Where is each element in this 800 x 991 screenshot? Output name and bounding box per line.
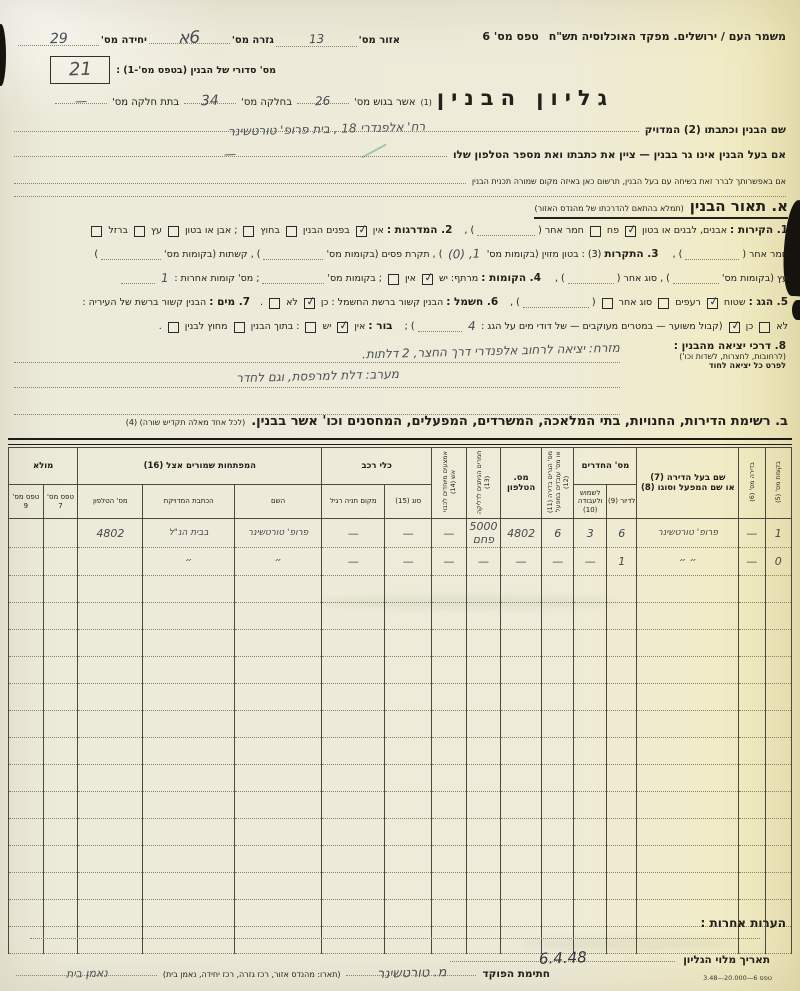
table-cell (43, 819, 78, 846)
table-cell (574, 819, 607, 846)
table-cell (574, 846, 607, 873)
table-cell (606, 738, 637, 765)
role-value: נאמן בית (65, 966, 107, 980)
table-cell (765, 765, 791, 792)
checkbox-empty (269, 298, 280, 309)
table-cell (234, 603, 321, 630)
checkbox-empty (168, 226, 179, 237)
table-cell (765, 603, 791, 630)
table-cell (606, 765, 637, 792)
table-cell (574, 711, 607, 738)
table-cell: — (385, 519, 432, 548)
table-cell (143, 900, 235, 927)
dotted-blank (523, 296, 589, 308)
table-cell (466, 684, 501, 711)
table-cell (637, 576, 739, 603)
table-cell (78, 548, 143, 576)
table-cell (466, 576, 501, 603)
table-cell (322, 657, 385, 684)
checkbox-empty (388, 274, 399, 285)
table-cell (541, 630, 574, 657)
table-cell (78, 873, 143, 900)
table-cell (739, 657, 765, 684)
unit-label: יחידה מס' (101, 35, 147, 46)
table-row: 0—״ ״1———————״״ (9, 548, 792, 576)
table-cell (637, 711, 739, 738)
exits-label: 8. דרכי יציאה מהבנין : (628, 340, 786, 352)
col-rooms-dwelling: לדיור (9) (606, 484, 637, 519)
table-cell (385, 873, 432, 900)
exits-line-1: מזרח: יציאה לרחוב אלפנדרי דרך החצר, 2 דל… (14, 340, 620, 363)
table-cell: ״ ״ (637, 548, 739, 576)
table-cell: — (432, 548, 467, 576)
table-cell (9, 548, 44, 576)
exits-line-3 (14, 388, 620, 415)
table-cell (78, 765, 143, 792)
table-cell (541, 873, 574, 900)
table-cell: 3 (574, 519, 607, 548)
section-a-subtitle: (תמלא בהתאם להדרכתו של מהנדס האזור) (534, 204, 683, 213)
handwritten-value: 4 (464, 320, 478, 332)
census-form-page: משמר העם / ירושלים. מפקד האוכלוסיה תש"ח … (0, 0, 800, 991)
table-cell (385, 630, 432, 657)
handwritten-value: 1, (0) (445, 247, 484, 260)
table-cell (234, 819, 321, 846)
table-cell (541, 792, 574, 819)
table-cell (385, 603, 432, 630)
block-value: 26 (312, 95, 334, 108)
table-cell (43, 900, 78, 927)
parcel-field: 34 (184, 90, 236, 104)
block-label: אשר בגוש מס' (354, 97, 416, 108)
table-cell (606, 792, 637, 819)
table-cell (432, 576, 467, 603)
signature-field: מ. טורטשינר (346, 962, 476, 976)
checkbox-empty (590, 226, 601, 237)
table-cell: ״ (143, 548, 235, 576)
table-cell (765, 873, 791, 900)
table-cell (43, 519, 78, 548)
table-cell (466, 900, 501, 927)
table-cell (606, 711, 637, 738)
table-cell: — (739, 548, 765, 576)
exits-note1: (לרחובות, לחצרות, לשדות וכו') (628, 352, 786, 361)
table-cell (9, 792, 44, 819)
table-cell (501, 630, 542, 657)
table-cell (322, 576, 385, 603)
table-cell (234, 576, 321, 603)
table-cell (466, 630, 501, 657)
table-cell (606, 657, 637, 684)
table-cell: — (432, 519, 467, 548)
table-cell (574, 684, 607, 711)
table-empty-row (9, 792, 792, 819)
table-cell (322, 738, 385, 765)
building-name-value: רח' אלפנדרי 18 , בית פרופ' טורטשינר (228, 119, 426, 138)
table-cell (385, 927, 432, 954)
checkbox-empty (286, 226, 297, 237)
table-cell (43, 630, 78, 657)
table-cell (143, 765, 235, 792)
table-cell: — (574, 548, 607, 576)
signature-value: מ. טורטשינר (377, 965, 447, 982)
table-cell (765, 657, 791, 684)
table-cell (637, 657, 739, 684)
building-name-field: רח' אלפנדרי 18 , בית פרופ' טורטשינר (14, 118, 639, 132)
unit-field: 29 (18, 32, 99, 46)
table-cell (43, 684, 78, 711)
table-cell (9, 657, 44, 684)
col-apartment: בדירה מס' (6) (739, 448, 765, 519)
table-cell (43, 711, 78, 738)
table-cell (78, 846, 143, 873)
table-cell (739, 576, 765, 603)
table-cell (432, 684, 467, 711)
serial-value: 21 (65, 61, 95, 80)
dotted-blank (477, 224, 535, 236)
table-cell (637, 846, 739, 873)
col-phone: מס. הטלפון (501, 448, 542, 519)
table-cell (234, 792, 321, 819)
parcel-value: 34 (198, 94, 222, 109)
section-a-title: א. תאור הבנין (690, 197, 788, 215)
col-rooms-work: לשמוש ולעבודה (10) (574, 484, 607, 519)
table-cell (501, 900, 542, 927)
role-field: נאמן בית (16, 962, 157, 976)
scan-damage-left (0, 24, 6, 86)
table-cell (385, 900, 432, 927)
dotted-blank (101, 248, 161, 260)
table-cell (78, 738, 143, 765)
table-cell (78, 657, 143, 684)
col-keys-name: השם (234, 484, 321, 519)
table-cell (143, 846, 235, 873)
col-keys-address: הכתבת המדויקת (143, 484, 235, 519)
owner-address-label: אם בעל הבנין אינו גר בבנין — ציין את כתב… (453, 149, 786, 161)
table-cell (501, 738, 542, 765)
table-cell: 1 (765, 519, 791, 548)
table-cell (574, 873, 607, 900)
table-cell (9, 819, 44, 846)
table-cell (541, 765, 574, 792)
table-cell (739, 819, 765, 846)
sector-field: 6א (149, 30, 230, 44)
table-cell (541, 657, 574, 684)
table-cell (739, 630, 765, 657)
table-cell (322, 630, 385, 657)
table-cell (9, 900, 44, 927)
dotted-blank (263, 248, 323, 260)
checkbox-empty (243, 226, 254, 237)
table-cell (606, 603, 637, 630)
table-cell (9, 873, 44, 900)
table-cell (43, 738, 78, 765)
table-cell (234, 765, 321, 792)
table-cell (78, 576, 143, 603)
table-header: בקומת מס' (5) בדירה מס' (6) שם בעל הדירה… (9, 448, 792, 519)
col-filled-form9: טפס מס' 9 (9, 484, 44, 519)
table-cell (501, 765, 542, 792)
table-cell (501, 873, 542, 900)
remarks-label: הערות אחרות : (701, 916, 786, 930)
table-cell: — (322, 548, 385, 576)
table-cell (606, 873, 637, 900)
table-empty-row (9, 603, 792, 630)
table-cell (322, 603, 385, 630)
subparcel-field: — (55, 90, 107, 104)
exits-hw-2: מערב: דלת למרפסת, וגם לחדר (235, 361, 398, 385)
exits-hw-1: מזרח: יציאה לרחוב אלפנדרי דרך החצר, 2 דל… (362, 341, 620, 362)
checkbox-checked (625, 226, 636, 237)
table-cell (765, 819, 791, 846)
table-cell (432, 738, 467, 765)
table-cell (466, 738, 501, 765)
form-number: טפס מס' 6 (482, 30, 538, 43)
table-cell (322, 873, 385, 900)
table-cell (78, 711, 143, 738)
table-cell: בבית הנ"ל (143, 519, 235, 548)
checkbox-checked (422, 274, 433, 285)
table-cell (574, 738, 607, 765)
table-cell (143, 819, 235, 846)
table-cell (606, 576, 637, 603)
table-cell (143, 738, 235, 765)
owner-address-field: — (14, 143, 447, 157)
checkbox-checked (356, 226, 367, 237)
table-cell (432, 873, 467, 900)
table-cell (637, 630, 739, 657)
table-cell (432, 765, 467, 792)
checkbox-empty (602, 298, 613, 309)
col-floor: בקומת מס' (5) (765, 448, 791, 519)
table-cell (541, 711, 574, 738)
table-cell (385, 684, 432, 711)
table-cell (143, 684, 235, 711)
table-cell (9, 738, 44, 765)
table-cell (541, 684, 574, 711)
table-cell (432, 711, 467, 738)
table-cell (501, 603, 542, 630)
roof-electric-water-line: 5. הגג :שטוחרעפיםסוג אחר() ,6. חשמל :הבנ… (0, 290, 800, 314)
unit-value: 29 (46, 32, 70, 47)
table-cell: — (385, 548, 432, 576)
table-cell: — (322, 519, 385, 548)
table-cell (385, 576, 432, 603)
table-cell (43, 927, 78, 954)
table-cell: — (501, 548, 542, 576)
table-cell (637, 738, 739, 765)
table-cell (78, 684, 143, 711)
table-cell (501, 819, 542, 846)
table-cell (143, 873, 235, 900)
dotted-blank (673, 272, 719, 284)
col-flammable: חמרים הניתנים לדליקה (13) (466, 448, 501, 519)
parcel-label: בחלקה מס' (241, 97, 292, 108)
table-cell: — (541, 548, 574, 576)
dotted-blank (685, 248, 739, 260)
table-cell: 0 (765, 548, 791, 576)
table-cell (739, 738, 765, 765)
table-cell: 1 (606, 548, 637, 576)
table-cell (765, 630, 791, 657)
table-cell (322, 684, 385, 711)
table-cell (501, 846, 542, 873)
table-cell (606, 630, 637, 657)
table-cell (466, 765, 501, 792)
table-cell (637, 603, 739, 630)
table-empty-row (9, 738, 792, 765)
table-cell (541, 576, 574, 603)
table-cell (765, 738, 791, 765)
fill-date-field: 6.4.48 (450, 948, 675, 962)
table-cell (143, 630, 235, 657)
area-label: אזור מס' (359, 35, 400, 46)
section-b-note: (לכל אחד מאלה תקדיש שורה) (4) (126, 418, 245, 427)
table-cell (606, 846, 637, 873)
table-row: 1—פרופ' טורטשינר63648025000 פחם———פרופ' … (9, 519, 792, 548)
ceilings-line: חמר אחר () ,3. התקרות(3) :בטון מזוין (בק… (0, 242, 800, 266)
table-cell (43, 603, 78, 630)
table-cell (606, 900, 637, 927)
checkbox-empty (658, 298, 669, 309)
table-empty-row (9, 765, 792, 792)
table-cell (574, 900, 607, 927)
dotted-blank (262, 272, 324, 284)
table-cell (606, 819, 637, 846)
table-cell (9, 603, 44, 630)
checkbox-checked (304, 298, 315, 309)
table-cell (541, 738, 574, 765)
table-cell (765, 792, 791, 819)
table-cell (43, 846, 78, 873)
checkbox-empty (168, 322, 179, 333)
signature-roles-note: (תארו: מהנדס אזור, רכז גזרה, רכז יחידה, … (163, 970, 341, 979)
table-cell (739, 792, 765, 819)
col-group-keys: המפתחות שמורים אצל (16) (78, 448, 322, 485)
table-cell (739, 711, 765, 738)
table-cell (765, 576, 791, 603)
org-title: משמר העם / ירושלים. מפקד האוכלוסיה תש"ח (549, 30, 786, 43)
subparcel-value: — (72, 95, 90, 108)
table-cell (574, 576, 607, 603)
table-cell (322, 792, 385, 819)
table-cell (9, 765, 44, 792)
table-cell: 6 (606, 519, 637, 548)
dotted-blank (418, 320, 462, 332)
table-cell (501, 684, 542, 711)
table-empty-row (9, 819, 792, 846)
table-cell (466, 711, 501, 738)
table-cell (78, 900, 143, 927)
table-cell: 4802 (78, 519, 143, 548)
table-cell (43, 576, 78, 603)
table-cell: 4802 (501, 519, 542, 548)
table-cell (637, 819, 739, 846)
checkbox-checked (729, 322, 740, 333)
table-cell (466, 792, 501, 819)
table-cell (43, 657, 78, 684)
handwritten-value: 1 (157, 272, 171, 284)
table-cell (143, 576, 235, 603)
col-vehicle-type: סוג (15) (385, 484, 432, 519)
exits-line-2: מערב: דלת למרפסת, וגם לחדר (14, 363, 620, 388)
table-cell (765, 684, 791, 711)
remarks-line (30, 938, 760, 939)
table-cell (78, 792, 143, 819)
page-title: גליון הבנין (437, 86, 614, 110)
table-cell (385, 819, 432, 846)
col-filled-form7: טפס מס' 7 (43, 484, 78, 519)
print-code: טפס 6—20.000—3.48 (703, 974, 772, 982)
table-cell (574, 657, 607, 684)
table-cell (466, 873, 501, 900)
table-cell (234, 846, 321, 873)
table-cell (432, 846, 467, 873)
table-cell (385, 765, 432, 792)
table-empty-row (9, 630, 792, 657)
table-cell (541, 603, 574, 630)
table-cell (574, 630, 607, 657)
table-cell (739, 873, 765, 900)
col-group-vehicles: כלי רכב (322, 448, 432, 485)
exits-note2: לפרט כל יציאה לחוד (628, 361, 786, 370)
enumerator-signature-label: חתימת הפוקד (482, 968, 550, 980)
table-cell (432, 657, 467, 684)
table-cell (574, 792, 607, 819)
dotted-blank (568, 272, 614, 284)
table-cell (9, 711, 44, 738)
table-cell: 6 (541, 519, 574, 548)
walls-stairs-line: 1. הקירות :אבנים, לבנים או בטוןפחחמר אחר… (0, 218, 800, 242)
table-cell (9, 576, 44, 603)
table-cell (143, 927, 235, 954)
checkbox-empty (305, 322, 316, 333)
table-cell (385, 657, 432, 684)
table-cell (322, 819, 385, 846)
table-cell (43, 873, 78, 900)
table-cell (234, 630, 321, 657)
col-group-rooms: מס' החדרים (574, 448, 637, 485)
table-cell (143, 603, 235, 630)
fill-date-label: תאריך מלוי הגליון (683, 954, 770, 966)
owner-address-value: — (221, 148, 239, 161)
dotted-blank (121, 272, 155, 284)
table-empty-row (9, 684, 792, 711)
checkbox-checked (707, 298, 718, 309)
area-field: 13 (276, 33, 357, 47)
table-cell (385, 738, 432, 765)
serial-label: מס' סדורי של הבנין (בטפס מס'-1) : (116, 65, 276, 76)
table-cell: — (466, 548, 501, 576)
title-footnote: (1) (421, 98, 432, 107)
col-fire-equipment: אמצעים מיוחדים לכבוי אש (14) (432, 448, 467, 519)
table-cell (9, 927, 44, 954)
sector-label: גזרה מס' (232, 35, 274, 46)
table-cell (143, 657, 235, 684)
table-cell (322, 846, 385, 873)
table-cell: — (739, 519, 765, 548)
table-cell (739, 603, 765, 630)
building-name-label: שם הבנין וכתבתו (2) המדויק (645, 124, 786, 136)
table-cell (765, 711, 791, 738)
floors-line: עץ (בקומות מס') ,סוג אחר () ,4. הקומות :… (0, 266, 800, 290)
table-empty-row (9, 576, 792, 603)
table-cell (43, 765, 78, 792)
table-cell (143, 792, 235, 819)
table-cell (385, 792, 432, 819)
table-cell (234, 927, 321, 954)
table-cell (466, 846, 501, 873)
